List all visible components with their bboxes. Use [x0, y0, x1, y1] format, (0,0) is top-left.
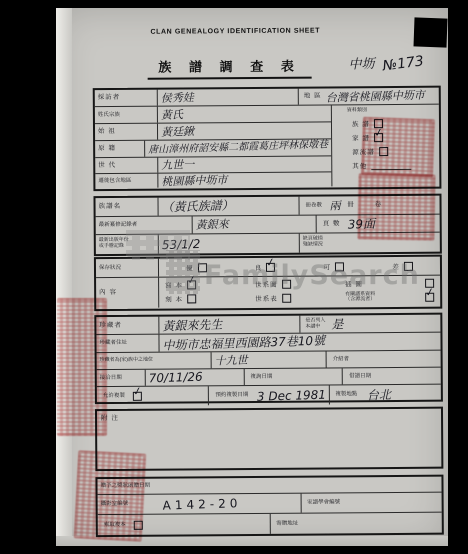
copy-date-cell: 預約複製日期 3 Dec 1981: [209, 385, 329, 405]
notes-label: 附 注: [97, 409, 441, 427]
condition-good: 良: [255, 262, 276, 271]
volumes-value: 兩: [329, 200, 340, 211]
society-no-cell: 家譜學會編號: [301, 493, 442, 513]
compiler-value: 黃銀來: [193, 216, 317, 234]
copy-date-value: 3 Dec 1981: [256, 388, 325, 402]
lineage-table-checkbox: [282, 294, 291, 303]
genealogy-form: CLAN GENEALOGY IDENTIFICATION SHEET 族 譜 …: [0, 0, 468, 554]
document-number: 中坜 №173: [349, 57, 424, 72]
area-value: 台灣省桃園縣中坜市: [325, 89, 424, 103]
pages-label: 頁 數: [320, 220, 344, 228]
section-notes: 附 注: [95, 407, 443, 471]
borrow-date-cell: 借譜日期: [343, 368, 441, 385]
red-seal-stamp-bottom-left: [74, 450, 147, 541]
condition-poor: 差: [392, 261, 413, 270]
volumes-label: 冊卷數: [303, 202, 326, 208]
holder-value: 黃銀來先生: [159, 316, 300, 334]
content-lineage-table: 世系表: [255, 292, 345, 304]
migration-label: 遷徙包含地區: [95, 174, 158, 188]
area-label: 地 區: [302, 93, 326, 101]
listed-cell: 是否列入 本譜中 是: [300, 315, 440, 333]
region-handwritten: 中坜: [348, 58, 374, 72]
origin-value: 唐山漳州府詔安縣二都霞葛庄坪林保墩巷: [145, 139, 331, 156]
first-ancestor-label: 始 祖: [95, 124, 158, 140]
contact-date-value: 70/11/26: [146, 369, 245, 386]
good-checkbox: [266, 262, 275, 271]
content-options: 寫 本 世系圖 插 圖 刻 本 世系表 有關譜系資料 （含源流者）: [159, 276, 440, 308]
form-title-english: CLAN GENEALOGY IDENTIFICATION SHEET: [110, 27, 360, 36]
book-title-label: 族譜名: [95, 198, 158, 216]
copy-place-cell: 複製地點 台北: [329, 385, 441, 405]
doc-no-handwritten: №173: [382, 54, 425, 73]
data-category-label: 資料類別: [344, 108, 370, 114]
condition-fair: 可: [324, 262, 345, 271]
holder-address-value: 中坜市忠福里西園路37巷10號: [159, 333, 440, 352]
content-lineage-chart: 世系圖: [255, 279, 345, 289]
red-seal-stamp-left: [57, 298, 107, 436]
holder-position-label: 珍藏者為(家)族中之地位: [97, 352, 212, 369]
revisit-date-cell: 複詢日期: [244, 368, 343, 385]
interviewer-label: 採訪者: [95, 90, 158, 106]
red-seal-stamp-right-upper: [361, 117, 435, 177]
area-cell: 地 區 台灣省桃園縣中坜市: [299, 88, 439, 105]
familysearch-tree-logo: [166, 250, 200, 294]
society-no-label: 家譜學會編號: [304, 500, 343, 507]
introducer-label: 介紹者: [330, 356, 353, 362]
permit-copy-cell: 允許複製: [97, 386, 210, 406]
section-filing: 贈予之獎狀函贈日期 攝影室編號 A142-20 家譜學會編號 索取複本 寄贈地: [95, 475, 443, 537]
related-material-checkbox: [425, 293, 434, 302]
listed-label: 是否列入 本譜中: [303, 318, 325, 330]
permit-copy-checkbox: [133, 392, 142, 401]
poor-checkbox: [404, 261, 413, 270]
copy-place-value: 台北: [366, 388, 390, 401]
introducer-cell: 介紹者: [327, 351, 441, 368]
studio-no-value: A142-20: [160, 494, 302, 514]
condition-options: 優 良 可 差: [159, 257, 440, 277]
interviewer-value: 侯秀娃: [158, 89, 299, 106]
section-condition: 保存狀況 優 良 可 差 內 容 寫 本 世系圖 插 圖 刻: [94, 255, 442, 311]
generation-value: 九世一: [158, 156, 331, 172]
form-title-chinese: 族 譜 調 查 表: [148, 56, 312, 80]
copy-date-label: 預約複製日期: [212, 392, 251, 399]
listed-value: 是: [331, 318, 343, 330]
content-illustration: 插 圖: [345, 279, 434, 289]
book-title-value: （黃氏族譜）: [158, 197, 299, 216]
first-ancestor-value: 黃廷鍬: [158, 122, 331, 139]
left-rows: 姓氏宗族 黃氏 始 祖 黃廷鍬 原 籍 唐山漳州府詔安縣二都霞葛庄坪林保墩巷 世…: [95, 105, 332, 188]
volumes-unit-ce: 冊: [344, 202, 358, 210]
clan-value: 黃氏: [158, 105, 331, 122]
revisit-date-label: 複詢日期: [247, 374, 275, 381]
fair-checkbox: [335, 262, 344, 271]
borrow-date-label: 借譜日期: [346, 373, 374, 380]
red-seal-stamp-right-lower: [357, 173, 435, 240]
printed-checkbox: [187, 294, 196, 303]
origin-label: 原 籍: [95, 141, 145, 157]
content-related-material: 有關譜系資料 （含源流者）: [345, 291, 434, 303]
holder-position-value: 十九世: [212, 351, 327, 368]
mail-address-label: 寄贈地址: [273, 520, 301, 527]
clan-label: 姓氏宗族: [95, 107, 158, 123]
scanned-photo-background: CLAN GENEALOGY IDENTIFICATION SHEET 族 譜 …: [0, 0, 468, 554]
copy-place-label: 複製地點: [332, 392, 360, 399]
condition-label: 保存狀況: [96, 259, 159, 277]
mail-address-cell: 寄贈地址: [270, 513, 442, 534]
content-printed: 刻 本: [165, 293, 255, 305]
migration-value: 桃園縣中坜市: [158, 172, 331, 187]
section-holder: 珍藏者 黃銀來先生 是否列入 本譜中 是 珍藏者住址 中坜市忠福里西園路37巷1…: [94, 313, 443, 404]
generation-label: 世 代: [95, 158, 158, 173]
lineage-chart-checkbox: [282, 280, 291, 289]
